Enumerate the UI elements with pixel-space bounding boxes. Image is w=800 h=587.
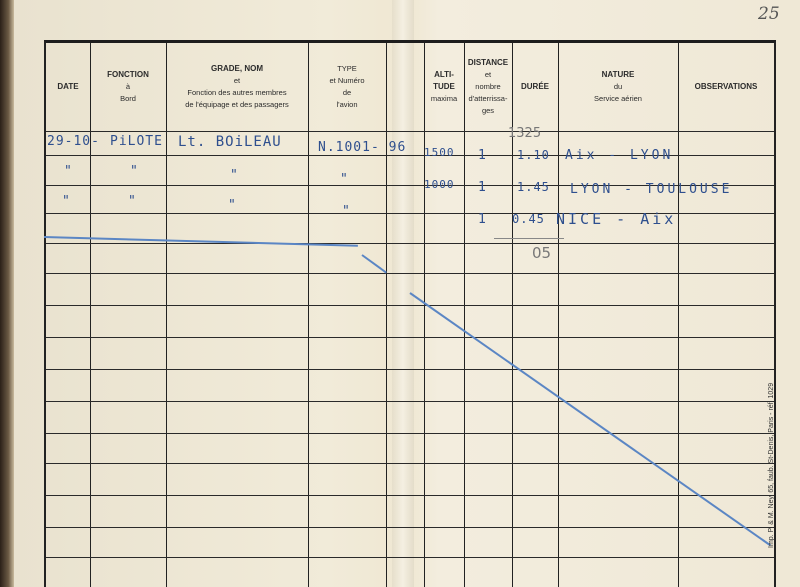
pencil-underline xyxy=(494,238,564,239)
row-divider xyxy=(46,273,774,274)
entry-distance: 1 xyxy=(478,212,487,227)
row-divider xyxy=(46,527,774,528)
row-divider xyxy=(46,401,774,402)
entry-grade: Lt. BOiLEAU xyxy=(178,134,282,150)
header-distance: DISTANCEetnombred'atterrissa-ges xyxy=(464,43,512,131)
entry-grade: " xyxy=(230,168,239,183)
entry-type: " xyxy=(340,172,349,187)
entry-nature: NICE - Aix xyxy=(556,210,676,228)
entry-duree: 1.10 xyxy=(517,148,550,162)
entry-type: " xyxy=(342,204,351,219)
logbook-table: DATE FONCTIONàBord GRADE, NOMetFonction … xyxy=(44,40,776,587)
entry-type: N.1001- 96 xyxy=(318,140,406,155)
entry-duree: 1.45 xyxy=(517,180,550,194)
header-date: DATE xyxy=(46,43,90,131)
row-divider xyxy=(46,463,774,464)
row-divider xyxy=(46,243,774,244)
header-duree: DURÉE xyxy=(512,43,558,131)
entry-distance: 1 xyxy=(478,148,487,163)
row-divider xyxy=(46,337,774,338)
entry-fonction: " xyxy=(128,194,137,209)
pencil-total-bottom: 05 xyxy=(532,244,551,262)
entry-nature: LYON - TOULOUSE xyxy=(570,182,732,197)
entry-altitude: 1000 xyxy=(424,178,455,191)
col-divider xyxy=(386,43,387,587)
printer-imprint: Imp. P. & M. Ney, 65, faub. St-Denis, Pa… xyxy=(768,383,775,548)
entry-grade: " xyxy=(228,198,237,213)
header-grade-nom: GRADE, NOMetFonction des autres membresd… xyxy=(166,43,308,131)
book-spine-edge xyxy=(0,0,14,587)
entry-fonction: " xyxy=(130,164,139,179)
pencil-total-top: 1325 xyxy=(508,126,541,141)
row-divider xyxy=(46,557,774,558)
row-divider xyxy=(46,305,774,306)
page-number: 25 xyxy=(758,4,780,24)
entry-date: 29-10- xyxy=(47,134,100,149)
entry-duree: 0.45 xyxy=(512,212,545,226)
row-divider xyxy=(46,131,774,132)
entry-fonction: PiLOTE xyxy=(110,134,163,149)
entry-altitude: 1500 xyxy=(424,146,455,159)
header-nature: NATUREduService aérien xyxy=(558,43,678,131)
entry-nature: Aix - LYON xyxy=(565,148,673,163)
row-divider xyxy=(46,369,774,370)
entry-date: " xyxy=(62,194,71,209)
header-type: TYPEet Numérodel'avion xyxy=(308,43,386,131)
row-divider xyxy=(46,495,774,496)
header-altitude: ALTI-TUDEmaxima xyxy=(424,43,464,131)
entry-distance: 1 xyxy=(478,180,487,195)
entry-date: " xyxy=(64,164,73,179)
row-divider xyxy=(46,433,774,434)
header-observations: OBSERVATIONS xyxy=(678,43,774,131)
header-fonction: FONCTIONàBord xyxy=(90,43,166,131)
